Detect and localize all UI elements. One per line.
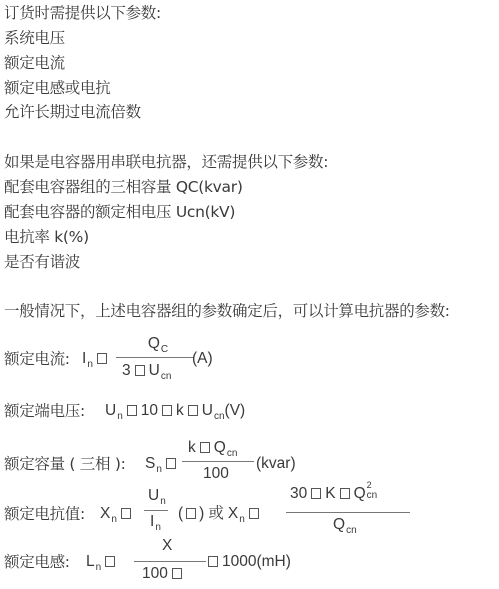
formula-lhs: Ln: [86, 552, 119, 574]
fraction-bar: [144, 510, 168, 511]
param-item: 额定电感或电抗: [4, 78, 110, 98]
formula-tail: 1000(mH): [204, 552, 291, 572]
fraction-bar: [182, 461, 254, 462]
missing-symbol-icon: [249, 508, 259, 519]
missing-symbol-icon: [200, 442, 210, 453]
formula-label: 额定端电压:: [4, 401, 85, 421]
calc-intro: 一般情况下，上述电容器组的参数确定后，可以计算电抗器的参数:: [4, 301, 450, 321]
fraction-bar: [286, 512, 410, 513]
formula-lhs: Sn: [145, 454, 180, 476]
missing-symbol-icon: [166, 458, 176, 469]
missing-symbol-icon: [340, 488, 350, 499]
fraction-numerator: X: [162, 537, 172, 555]
param-item: 系统电压: [4, 28, 65, 48]
missing-symbol-icon: [127, 405, 137, 416]
formula-lhs: In: [82, 349, 111, 371]
order-params-heading: 订货时需提供以下参数:: [4, 3, 161, 23]
formula-expression: Un10kUcn(V): [105, 401, 245, 423]
fraction-denominator: 3Ucn: [122, 362, 171, 380]
missing-symbol-icon: [208, 556, 218, 567]
param-item: 是否有谐波: [4, 252, 80, 272]
fraction-denominator: Qcn: [333, 516, 357, 534]
formula-unit: (A): [192, 349, 213, 369]
param-item: 额定电流: [4, 53, 65, 73]
param-item: 允许长期过电流倍数: [4, 102, 141, 122]
fraction-numerator: QC: [130, 335, 186, 353]
missing-symbol-icon: [172, 568, 182, 579]
missing-symbol-icon: [97, 353, 107, 364]
missing-symbol-icon: [121, 508, 131, 519]
missing-symbol-icon: [186, 508, 196, 519]
missing-symbol-icon: [105, 556, 115, 567]
param-item: 电抗率 k(%): [4, 227, 89, 247]
missing-symbol-icon: [135, 365, 145, 376]
fraction-numerator: Un: [148, 487, 166, 505]
formula-middle: ()或Xn: [178, 504, 263, 526]
capacitor-params-heading: 如果是电容器用串联电抗器，还需提供以下参数:: [4, 152, 328, 172]
formula-label: 额定容量 ( 三相 ):: [4, 454, 126, 474]
fraction-denominator: In: [150, 513, 161, 531]
missing-symbol-icon: [311, 488, 321, 499]
fraction-bar: [116, 357, 194, 358]
formula-unit: (kvar): [256, 454, 296, 474]
fraction-numerator: kQcn: [188, 439, 237, 457]
formula-label: 额定电感:: [4, 552, 70, 572]
fraction-denominator: 100: [203, 465, 229, 483]
fraction-denominator: 100: [142, 565, 186, 583]
formula-lhs: Xn: [100, 504, 135, 526]
fraction-bar: [134, 561, 206, 562]
missing-symbol-icon: [188, 405, 198, 416]
formula-label: 额定电抗值:: [4, 504, 85, 524]
param-item: 配套电容器的额定相电压 Ucn(kV): [4, 202, 235, 222]
param-item: 配套电容器组的三相容量 QC(kvar): [4, 177, 243, 197]
missing-symbol-icon: [162, 405, 172, 416]
fraction-numerator: 30KQ2cn: [290, 485, 382, 503]
formula-label: 额定电流:: [4, 349, 70, 369]
